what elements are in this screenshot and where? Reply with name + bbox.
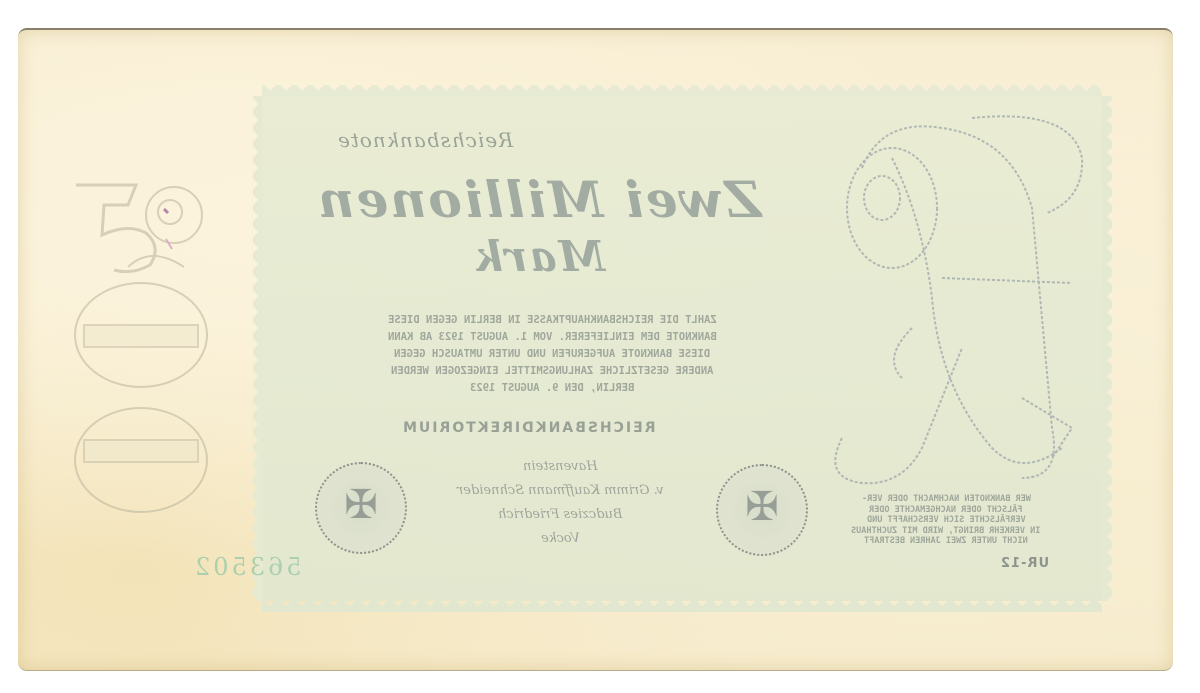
denomination-numeral-watermark — [66, 175, 216, 520]
header-text: Reichsbanknote — [300, 128, 550, 152]
warning-text: WER BANKNOTEN NACHMACHT ODER VER- FÄLSCH… — [826, 494, 1066, 547]
denomination-title: Zwei Millionen — [278, 170, 798, 229]
serial-number: 563502 — [192, 553, 302, 581]
panel-edge-left — [253, 96, 263, 601]
panel-edge-bottom — [262, 600, 1102, 612]
issuer-name: REICHSBANKDIREKTORIUM — [378, 420, 678, 436]
eagle-seal-left: ✠ — [315, 462, 407, 554]
eagle-icon: ✠ — [317, 482, 405, 528]
monogram-ornament — [822, 98, 1092, 488]
series-code: UR-12 — [1000, 556, 1049, 571]
panel-edge-right — [1102, 96, 1112, 601]
eagle-icon: ✠ — [718, 484, 806, 530]
denomination-currency: Mark — [278, 232, 798, 281]
legal-text: ZAHLT DIE REICHSBANKHAUPTKASSE IN BERLIN… — [292, 312, 812, 397]
panel-edge-top — [262, 85, 1102, 97]
eagle-seal-right: ✠ — [716, 464, 808, 556]
signatures: Havenstein v. Grimm Kauffmann Schneider … — [420, 455, 700, 551]
